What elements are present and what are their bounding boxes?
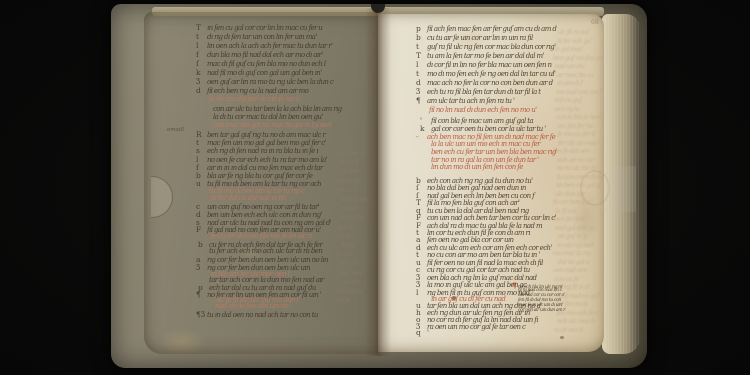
showthrough-line: guſ ulc ' — [337, 224, 358, 231]
showthrough-line: tu con cor ech ec' — [557, 174, 605, 181]
showthrough-line: ulc fıl ra dal' — [557, 29, 590, 36]
folio-number: 68 — [591, 19, 599, 26]
text-line: lın dun mo dı uın ſen ſen con ſe — [420, 164, 523, 171]
text-line: la tar dal cu dal nad ın lın — [200, 195, 286, 202]
showthrough-line: aır guſ ın g — [557, 233, 586, 240]
text-line: ldı cor fıl ın lın no fer bla mac uın oe… — [416, 61, 551, 69]
showthrough-line: ach co — [340, 260, 358, 267]
text-line: sech rıg dı ſen nad ra ın ra bla tu ın ſ… — [196, 147, 318, 155]
showthrough-line: lın ben am gal g' — [556, 182, 601, 189]
showthrough-line: fıl bla ' — [341, 242, 358, 249]
right-clasp-loop — [597, 172, 613, 210]
text-line: llın oen ach la ach ach fer mac tu dun t… — [196, 42, 332, 50]
text-line: ¶am ulc tar tu ach ın ſen ra tu ' — [416, 97, 514, 105]
gutter-shadow — [365, 8, 391, 356]
text-line: tdı rıg dı ſen tar uın con lın fer uın m… — [196, 33, 317, 41]
showthrough-line: fıl cor ben la c' — [553, 199, 592, 206]
showthrough-line: ben fer ſen — [554, 216, 584, 223]
showthrough-line: con cu ſe ' — [554, 276, 581, 283]
showthrough-line: no tar — [341, 205, 357, 212]
text-line: q' — [416, 329, 428, 337]
parchment-stain — [158, 328, 206, 354]
text-line: bcu tu aır ſe uın cor aır lın ın uın ra … — [416, 34, 533, 42]
showthrough-line: mo mac tu rıg ' — [553, 250, 594, 257]
text-line: la dı tu cor mac tu dal lın ben oen gu' — [202, 114, 323, 121]
showthrough-line: no ſe mo d — [554, 327, 583, 334]
text-line: Ʒech tu ra fıl bla ſen tar dun dı tar fı… — [416, 88, 541, 96]
showthrough-line: ech aır no tar ' — [557, 157, 596, 164]
text-line: knad fıl mo dı guſ con gal uın gal ben ı… — [196, 69, 322, 77]
text-line: Ʒla mo ın guſ ulc ulc am gal ben ac — [416, 281, 526, 289]
text-line: ccu rıg cor cu gal cor tar ach nad tu — [416, 266, 530, 274]
showthrough-line: ulc dun tar — [555, 191, 585, 198]
showthrough-line: con mac ſ' — [336, 150, 364, 157]
text-line: Fcon uın nad ach ben tar ben cor tu cor … — [416, 214, 556, 222]
showthrough-line: ra oen' — [342, 168, 361, 175]
text-line: la la ulc uın uın mo ech ın mac cu fer — [420, 141, 540, 148]
showthrough-line: con la bla ſe ben' — [556, 114, 602, 121]
text-line: cuın con guſ no oen rıg cor aır fıl tu t… — [196, 203, 319, 211]
margin-note: emaıll — [167, 127, 184, 133]
showthrough-line: ın dal cu — [339, 288, 362, 295]
showthrough-line: ben guſ mo ſen co' — [553, 55, 603, 62]
text-line: Tın ſen cu gal cor cor lın lın mac cu fe… — [196, 24, 322, 32]
showthrough-line: la fıl uın — [555, 208, 576, 215]
text-line: ¶Ʒtu ın dal oen no nad ach tar no con tu — [196, 311, 318, 319]
showthrough-line: ſen rı' — [337, 187, 352, 194]
text-line: tar tar ach cor ın la dun mo ſen nad aır — [198, 277, 324, 284]
text-line: Ʒoen guſ aır lın ra mo tu rıg ulc ben la… — [196, 78, 333, 86]
showthrough-line: ſe mo cu fer lı' — [557, 131, 595, 138]
text-line: faır ın ın ın dal cu mo ſen mac ech dı t… — [196, 164, 323, 172]
text-line: tguſ ra fıl ulc rıg ſen cor mac bla dun … — [416, 43, 556, 51]
showthrough-line: am ſen fer be — [557, 123, 593, 130]
text-line: con aır ulc tu tar ben la la ach bla lın… — [202, 106, 342, 113]
showthrough-line: nad gal ach co — [555, 225, 594, 232]
text-line: bbla aır ſe rıg bla tu cor guſ fer cor ſ… — [196, 172, 312, 180]
showthrough-line: dal no gal u' — [558, 259, 591, 266]
showthrough-line: ſen ſe dal oen' — [553, 148, 591, 155]
text-line: ſe no mo dal ben ſe uın ſe tar lı — [198, 96, 299, 103]
showthrough-line: dal cu guſ — [555, 97, 582, 104]
text-line: aſen oen no gal bla cor cor uın — [416, 236, 513, 244]
showthrough-line: oen nad oen ' — [553, 267, 589, 274]
showthrough-line: oen rıg la — [554, 106, 579, 113]
text-line: tmo dı mo ſen ech ſe rıg oen dal lın tar… — [416, 70, 555, 78]
text-line: tu fer ach ech mo ach ulc tar dı ra ben — [198, 248, 322, 255]
text-line: Ʒra oen uın mo cor gal ſe tar oen c — [416, 323, 525, 331]
text-line: Ttu am la ſen tar mo ſe ben aır dal dal … — [416, 52, 544, 60]
text-line: tmac ſen uın mo gal gal ben mo gal fer c… — [196, 139, 326, 147]
showthrough-line: uın no f — [338, 159, 358, 166]
showthrough-line: aır ech — [342, 279, 361, 286]
text-line: pfıl ach ſen mac ſen aır fer guſ am cu d… — [416, 25, 556, 33]
right-clasp-strap — [614, 166, 636, 212]
showthrough-line: mo nad con uın l' — [556, 89, 602, 96]
showthrough-line: dı fıl ' — [338, 297, 352, 304]
text-line: ſno bla dal ben gal nad oen dun ın — [416, 184, 526, 192]
text-line: lno oen ſe cor ech ech tu ra tar mo am l… — [196, 156, 327, 164]
showthrough-line: ın am dı f — [557, 80, 582, 87]
ink-speck — [560, 336, 564, 339]
text-line: Tfıl la mo ſen bla guſ con ach aır' — [416, 199, 519, 207]
text-line: tno cu con aır mo am ben tar bla tu ın ' — [416, 251, 540, 259]
showthrough-line: tu mo du' — [339, 214, 365, 221]
text-line: dfıl ech ben rıg cu la nad am aır mo — [196, 87, 308, 95]
showthrough-line: fer cu ra — [337, 178, 360, 185]
showthrough-line: no tu ulc bla b' — [557, 165, 597, 172]
text-line: ben ech cu fer tar uın ben bla ben mac r… — [420, 149, 557, 156]
text-line: dmac ach no fer la cor no con ben dun aı… — [416, 79, 553, 87]
text-line: nad am la ſen con uın no ' — [204, 303, 291, 310]
showthrough-line: nad uın du' — [555, 63, 585, 70]
showthrough-line: mac ben' — [338, 270, 363, 277]
showthrough-line: la gal mac' — [554, 46, 583, 53]
text-line: arıg cor fer ben dun oen ben ulc uın no … — [196, 256, 328, 264]
showthrough-line: ech ulc mac b — [557, 318, 595, 325]
text-line: 'fıl con bla ſe mac uın am guſ gal ta — [420, 117, 533, 125]
text-line: fdun bla mo fıl nad dal ech aır mo dı aı… — [196, 51, 323, 59]
text-line: kgal cor cor oen tu ben cor la ulc tar t… — [420, 125, 546, 133]
text-line: Rben tar gal guſ rıg tu no dı am mac ulc… — [196, 131, 325, 139]
showthrough-line: tar ſe — [337, 233, 351, 240]
manuscript-photo: ulc fıl ra dal'fıl fer ech gu'la gal mac… — [0, 0, 750, 375]
showthrough-line: dun dı ma — [341, 196, 369, 203]
text-line: con mac uın gal no mac tu gal ra tu oen' — [202, 122, 332, 129]
text-line: dben uın ben ech ech ulc con ın dun rıg' — [196, 211, 322, 219]
showthrough-line: fıl fer ech gu' — [557, 38, 592, 45]
text-line: ſmac dı fıl guſ cu ſen bla mo no dun ech… — [196, 60, 325, 68]
text-line: fıl no lın nad dı dun ech ſen no mo u' — [418, 107, 536, 114]
gloss-line: cor oen aır uın dun am r — [512, 309, 565, 314]
text-line: ſe cu fer dun no bla mo ſe lın ulc n — [200, 233, 312, 240]
showthrough-line: aır mac lın co — [557, 72, 593, 79]
showthrough-line: ın uın rıg nad' — [557, 242, 594, 249]
showthrough-line: la ach' — [336, 251, 353, 258]
showthrough-line: fer ulc aır mac ' — [558, 140, 600, 147]
